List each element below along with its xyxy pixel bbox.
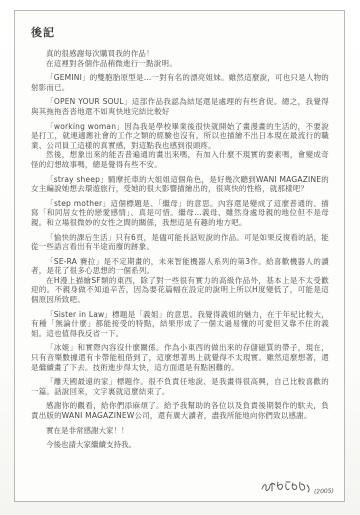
paragraph: 「working woman」因為我是學校畢業後很快就開始了畫漫畫的生活的，不要… <box>31 122 329 151</box>
paragraph: 「Sister in Law」標題是「義姐」的意思。我覺得義姐的魅力，在于年紀比… <box>31 310 329 339</box>
paragraph: 「愉快的課后生活」只有6頁，是儘可能長話短說的作品。可是如果反復看的話，能從一些… <box>31 233 329 252</box>
page-title: 後記 <box>31 24 329 40</box>
signature-year: (2005) <box>314 487 334 495</box>
afterword-page: 後記 真的很感謝每次購買我的作品！ 在這裡對各個作品稍微進行一點說明。 「GEM… <box>14 10 345 502</box>
paragraph: 感謝你的觀看，給你們添麻煩了。給予我幫助的各位以及負責後期製作的馱夫，負責出版的… <box>31 401 329 420</box>
closing-thanks: 實在是非常感謝大家！！ 今後也請大家繼續支持我。 <box>31 426 329 450</box>
paragraph: 然後，想象出來的能否普遍通的畫出來嗎，有加入什麼不現實的要素嗎，會變成奇怪的幻想… <box>31 150 329 169</box>
paragraph: 「離天國最遠的家」標題作。很不負責任地說、是我畫得很高興，自己比較喜歡的一篇。話… <box>31 377 329 396</box>
paragraph: 真的很感謝每次購買我的作品！ <box>31 49 329 59</box>
paragraph: 在H漫上描繪SF類的東西，除了對一些很有實力的高級作品外，基本上是不太受歡迎的。… <box>31 276 329 305</box>
paragraph: 「冰姬」和實際內容沒什麼關係。作為小東西的做出來的存儲磁質的帶子，現在，只有音樂… <box>31 343 329 372</box>
closing-line: 今後也請大家繼續支持我。 <box>31 440 329 450</box>
paragraph: 「SE-RA 賽拉」是不定期畫的，未來智能機器人系列的第3作。給喜歡機器人的讀者… <box>31 257 329 276</box>
paragraph: 「stray sheep」騎摩托車的大姐姐這個角色，是好幾次聽到WANI MAG… <box>31 175 329 194</box>
closing-line: 實在是非常感謝大家！！ <box>31 426 329 436</box>
handwritten-signature-icon <box>260 479 312 495</box>
author-signature: (2005) <box>260 479 334 495</box>
paragraph: 「GEMINI」的雙胞胎原型是…一對有名的漂亮姐妹。雖然這麼說，可也只是人物的射… <box>31 73 329 92</box>
paragraph: 「OPEN YOUR SOUL」這部作品我認為結尾還是處理的有些倉促。總之，我覺… <box>31 97 329 116</box>
afterword-body-text: 真的很感謝每次購買我的作品！ 在這裡對各個作品稍微進行一點說明。 「GEMINI… <box>31 49 329 421</box>
paragraph: 在這裡對各個作品稍微進行一點說明。 <box>31 59 329 69</box>
paragraph: 「step mother」這個標題是、「繼母」的意思。內容還是變成了這麼普通的、… <box>31 199 329 228</box>
